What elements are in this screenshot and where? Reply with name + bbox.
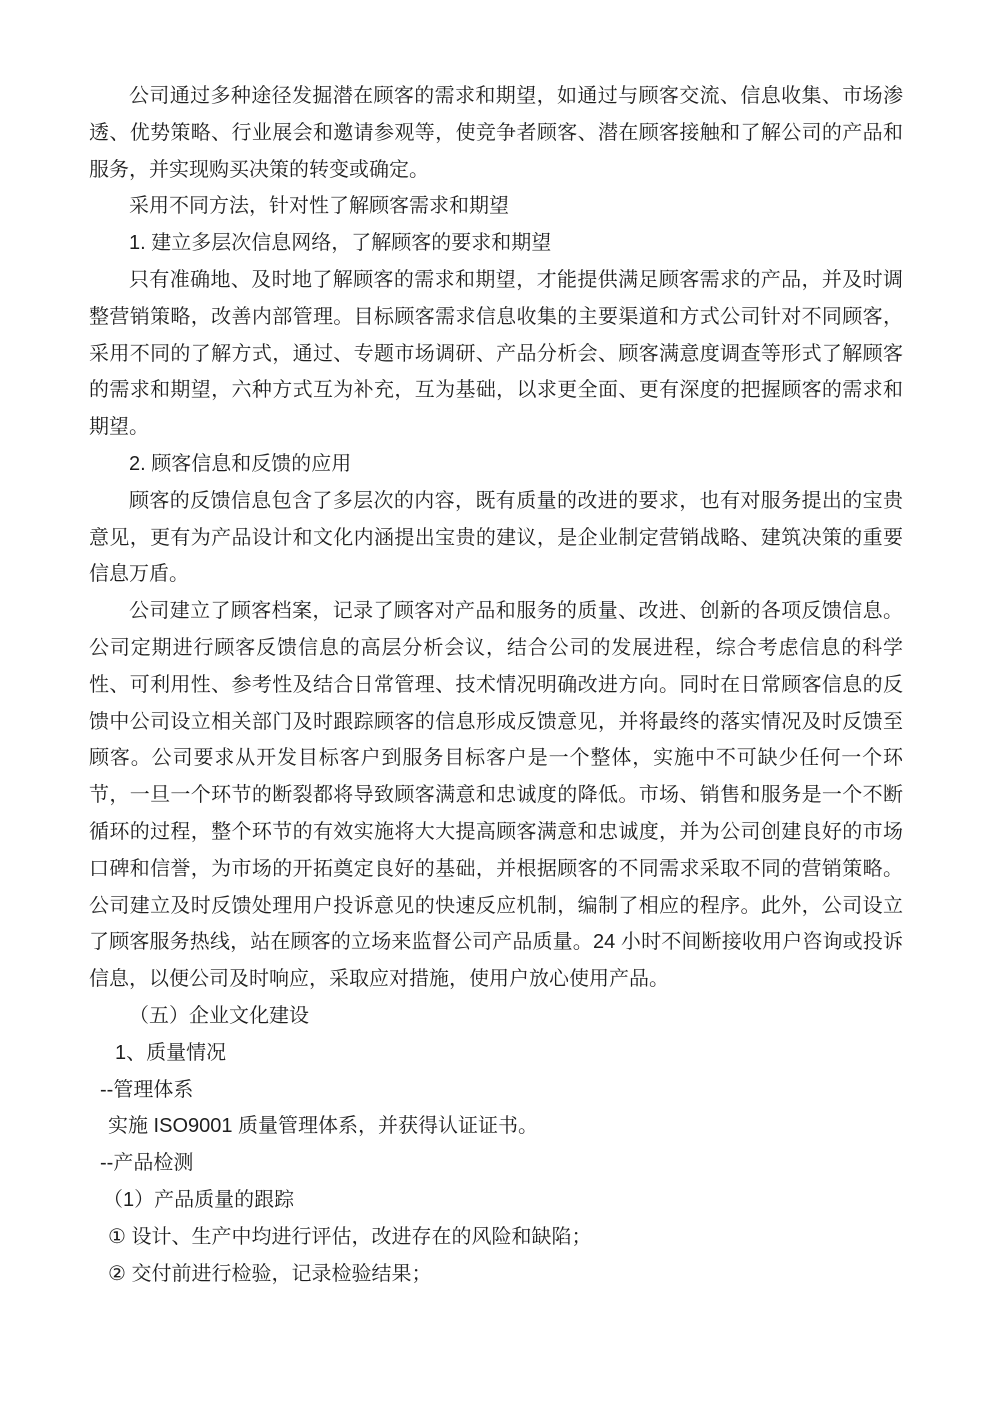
paragraph: 1、质量情况 [89, 1035, 903, 1072]
paragraph: 1. 建立多层次信息网络，了解顾客的要求和期望 [89, 225, 903, 262]
paragraph: --管理体系 [89, 1072, 903, 1109]
document-page: 公司通过多种途径发掘潜在顾客的需求和期望，如通过与顾客交流、信息收集、市场渗透、… [0, 0, 1000, 1413]
paragraph: 只有准确地、及时地了解顾客的需求和期望，才能提供满足顾客需求的产品，并及时调整营… [89, 262, 903, 446]
paragraph: 公司通过多种途径发掘潜在顾客的需求和期望，如通过与顾客交流、信息收集、市场渗透、… [89, 78, 903, 188]
document-body: 公司通过多种途径发掘潜在顾客的需求和期望，如通过与顾客交流、信息收集、市场渗透、… [89, 78, 903, 1292]
paragraph: 实施 ISO9001 质量管理体系，并获得认证证书。 [89, 1108, 903, 1145]
paragraph: --产品检测 [89, 1145, 903, 1182]
paragraph: ② 交付前进行检验，记录检验结果； [89, 1256, 903, 1293]
paragraph: （五）企业文化建设 [89, 998, 903, 1035]
paragraph: ① 设计、生产中均进行评估，改进存在的风险和缺陷； [89, 1219, 903, 1256]
paragraph: 顾客的反馈信息包含了多层次的内容，既有质量的改进的要求，也有对服务提出的宝贵意见… [89, 483, 903, 593]
paragraph: 2. 顾客信息和反馈的应用 [89, 446, 903, 483]
paragraph: （1）产品质量的跟踪 [89, 1182, 903, 1219]
paragraph: 公司建立了顾客档案，记录了顾客对产品和服务的质量、改进、创新的各项反馈信息。公司… [89, 593, 903, 998]
paragraph: 采用不同方法，针对性了解顾客需求和期望 [89, 188, 903, 225]
